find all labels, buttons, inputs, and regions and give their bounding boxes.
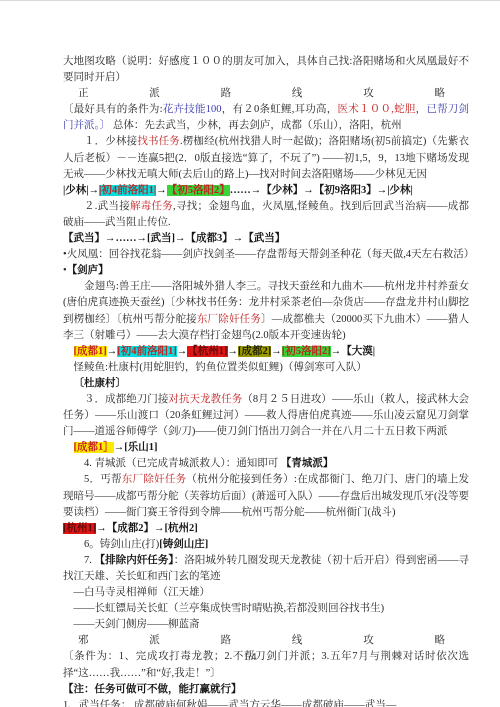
huofenghuang-line: •火凤凰：回谷找花翁——剑庐找剑圣——存盘帮每天帮剑圣种花（每天做,4天左右救活… — [63, 247, 469, 279]
task-6-zhujianshanzhuang: 6。铸剑山庄(打)[铸剑山庄] — [63, 537, 469, 553]
text-segment-hlgreen: [初5洛阳2] — [282, 346, 331, 357]
text-segment: 〔最好具有的条件为: — [63, 104, 163, 115]
route-flow-dukangcun: 〔杜康村〕 — [63, 376, 469, 392]
page-top-edge — [0, 0, 500, 1]
text-segment-b: 【青城派】 — [281, 458, 334, 469]
text-segment: ，有２0条虹鲤,耳功高， — [222, 104, 338, 115]
text-segment-b: 【剑庐】 — [67, 265, 109, 276]
section-title-zhengpai: 正 派 路 线 攻 略 — [63, 86, 469, 102]
text-segment: 【武当】→……→[武当]→【成都3】→【武当】 — [63, 233, 285, 244]
text-segment: •火凤凰：回谷找花翁——剑庐找剑圣——存盘帮每天帮剑圣种花（每天做,4天左右救活… — [63, 249, 469, 276]
text-segment: 1、武当任务： 成都破庙何秋娟——武当方云华——成都破庙——武当— — [63, 700, 396, 707]
clue-2: ——长虹镖局关长虹（兰亭集成快雪时晴贴换,若都没则回谷找书生) — [63, 601, 469, 617]
route-flow-wudang: 【武当】→……→[武当]→【成都3】→【武当】 — [63, 231, 469, 247]
guailingyu-line: 怪鲮鱼:杜康村(用蛇胆钓，钓鱼位置类似虹鲤)（傅剑寒可入队） — [63, 360, 469, 376]
text-segment: 怪鲮鱼:杜康村(用蛇胆钓，钓鱼位置类似虹鲤)（傅剑寒可入队） — [74, 362, 367, 373]
task-3-chengdu: ３．成都绝刀门接对抗天龙教任务（8月２５日进攻）——乐山（救人，接武林大会任务）… — [63, 392, 469, 440]
text-segment: 5．丐帮 — [84, 474, 122, 485]
task-1-shaolin: １．少林接找书任务.楞枷经(杭州找猎人时一起做)；洛阳赌场(初5前搞定)（先紫衣… — [63, 134, 469, 182]
task-4-qingcheng: 4. 青城派（已完成青城派救人）：通知即可 【青城派】 — [63, 456, 469, 472]
text-segment: １．少林接 — [84, 136, 137, 147]
text-segment-hlcyan: |初4前洛阳1| — [99, 185, 156, 196]
text-segment-hlyellow: [成都1] — [74, 346, 107, 357]
task-2-wudang: ２.武当接解毒任务,寻找；金翅鸟血，火凤凰,怪鲮鱼。找到后回武当治病——成都破庙… — [63, 199, 469, 231]
route-flow-jinchiniao: [成都1]→[初4前洛阳1]→【杭州1]→[成都2]→[初5洛阳2]→【大漠| — [63, 344, 469, 360]
route-flow-chengdu: [成都1］→[乐山1] — [63, 440, 469, 456]
text-segment: 6。铸剑山庄(打) — [84, 539, 159, 550]
text-segment-b: 【排除内奸任务】 — [95, 555, 174, 566]
text-segment-red: 东厂除奸任务 — [122, 474, 187, 485]
text-segment-b: 【注：任务可做可不做，能打赢就行】 — [63, 684, 242, 695]
page-number: 1/4 — [0, 652, 500, 663]
text-segment: |少林|→ — [63, 185, 99, 196]
text-segment-b: [铸剑山庄] — [159, 539, 208, 550]
text-segment-red: 对抗天龙教任务 — [168, 394, 242, 405]
text-segment: → — [177, 346, 188, 357]
text-segment: ， — [416, 104, 427, 115]
route-flow-hangzhou: [杭州1]→【成都2】→[杭州2] — [63, 521, 469, 537]
text-segment-hlcyan: [初4前洛阳1] — [117, 346, 177, 357]
text-segment: →【成都2】→[杭州2] — [96, 523, 198, 534]
text-segment: 〔杜康村〕 — [74, 378, 127, 389]
text-segment-blue: 花卉技能100 — [163, 104, 222, 115]
text-segment: 正 派 路 线 攻 略 — [78, 88, 445, 99]
text-segment-red: 解毒任务 — [130, 201, 173, 212]
section-title-xiepai: 邪 派 路 线 攻 略 — [63, 633, 469, 649]
route-flow-shaolin: |少林|→|初4前洛阳1|→【初5洛阳2】……→【少林】→【初9洛阳3】→|少林… — [63, 183, 469, 199]
text-segment: ３．成都绝刀门接 — [84, 394, 168, 405]
task-5-gaibang: 5．丐帮东厂除奸任务（杭州分舵接到任务）:在成都衙门、绝刀门、唐门的墙上发现暗号… — [63, 472, 469, 520]
text-segment: → — [107, 346, 118, 357]
text-segment: →【大漠| — [331, 346, 375, 357]
clue-1: —白马寺灵相禅师（江天雄） — [63, 585, 469, 601]
text-segment: → — [271, 346, 282, 357]
text-segment: ……→【少林】→【初9洛阳3】→|少林| — [230, 185, 413, 196]
text-segment: ——长虹镖局关长虹（兰亭集成快雪时晴贴换,若都没则回谷找书生) — [74, 603, 385, 614]
text-segment: 大地图攻略（说明：好感度１００的朋友可加入，具体自己找:洛阳赌场和火凤凰最好不要… — [63, 56, 469, 83]
conditions-line: 〔最好具有的条件为:花卉技能100，有２0条虹鲤,耳功高，医术１００,蛇胆，已帮… — [63, 102, 469, 134]
text-segment: →[乐山1] — [114, 442, 158, 453]
clue-3: ——天剑门侧房——柳蓝斋 — [63, 617, 469, 633]
text-segment: 7. — [84, 555, 95, 566]
task-7-paichuneijian: 7. 【排除内奸任务】：洛阳城外转几圈发现天龙教徒（初十后开启）得到密函——寻找… — [63, 553, 469, 585]
text-segment: ２.武当接 — [84, 201, 130, 212]
text-segment: ——天剑门侧房——柳蓝斋 — [74, 619, 200, 630]
text-segment-hlred: [杭州1] — [63, 523, 96, 534]
text-segment: → — [228, 346, 239, 357]
text-segment-red: 找书任务 — [137, 136, 180, 147]
document-body: 大地图攻略（说明：好感度１００的朋友可加入，具体自己找:洛阳赌场和火凤凰最好不要… — [63, 54, 469, 707]
text-segment-red: 医术１００,蛇胆 — [338, 104, 416, 115]
text-segment: 总体：先去武当，少林，再去剑庐，成都（乐山），洛阳，杭州 — [110, 120, 401, 131]
xiepai-note: 【注：任务可做可不做，能打赢就行】 — [63, 682, 469, 698]
text-segment-hlolive: [成都2] — [238, 346, 271, 357]
text-segment: 邪 派 路 线 攻 略 — [78, 635, 445, 646]
text-segment-red: 东厂除奸任务 — [197, 314, 261, 325]
text-segment: → — [156, 185, 167, 196]
text-segment: —白马寺灵相禅师（江天雄） — [74, 587, 211, 598]
text-segment-hlyellow: [成都1］ — [74, 442, 114, 453]
text-segment-hlgreen: 【初5洛阳2】 — [167, 185, 230, 196]
xiepai-task-1: 1、武当任务： 成都破庙何秋娟——武当方云华——成都破庙——武当— — [63, 698, 469, 707]
jinchiniao-line: 金翅鸟:兽王庄——洛阳城外猎人李三。寻找天蚕丝和九曲木——杭州龙井村养蚕女(唐伯… — [63, 279, 469, 343]
text-segment: 4. 青城派（已完成青城派救人）：通知即可 — [84, 458, 281, 469]
map-guide-intro: 大地图攻略（说明：好感度１００的朋友可加入，具体自己找:洛阳赌场和火凤凰最好不要… — [63, 54, 469, 86]
text-segment-hlred: 【杭州1] — [187, 346, 227, 357]
